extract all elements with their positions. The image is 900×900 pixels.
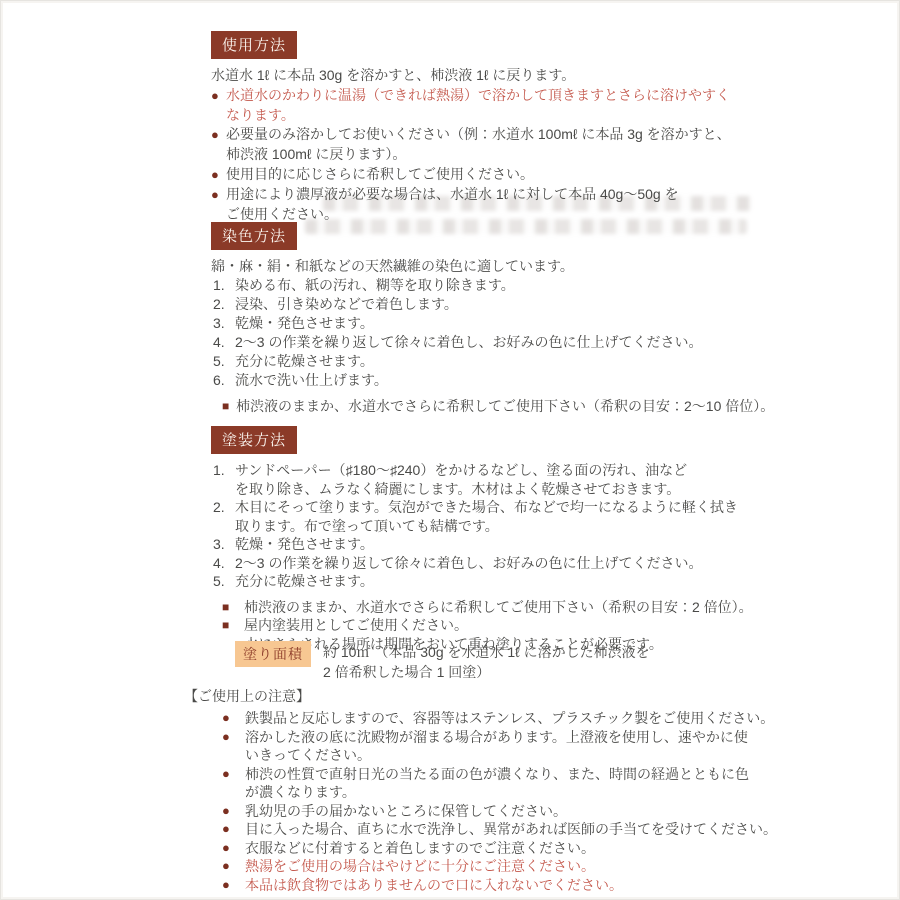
- painting-note: ■ 柿渋液のままか、水道水でさらに希釈してご使用下さい（希釈の目安：2 倍位）。: [222, 598, 881, 617]
- step-number: 4.: [211, 554, 235, 573]
- precaution-text: 熱湯をご使用の場合はやけどに十分にご注意ください。: [245, 857, 595, 876]
- bullet-icon: ●: [222, 839, 245, 858]
- painting-step: 2. 木目にそって塗ります。気泡ができた場合、布などで均一になるように軽く拭き …: [211, 498, 881, 535]
- painting-step-text: 充分に乾燥させます。: [235, 572, 374, 591]
- precaution-text: 乳幼児の手の届かないところに保管してください。: [245, 802, 567, 821]
- dyeing-step: 5. 充分に乾燥させます。: [211, 352, 881, 371]
- painting-step-text: 木目にそって塗ります。気泡ができた場合、布などで均一になるように軽く拭き 取りま…: [235, 498, 738, 535]
- step-number: 4.: [211, 333, 235, 352]
- coverage-badge: 塗り面積: [235, 641, 311, 667]
- painting-note-text: 柿渋液のままか、水道水でさらに希釈してご使用下さい（希釈の目安：2 倍位）。: [244, 598, 753, 617]
- bullet-icon: ●: [222, 857, 245, 876]
- bullet-icon: ●: [222, 876, 245, 895]
- painting-step: 4. 2～3 の作業を繰り返して徐々に着色し、お好みの色に仕上げてください。: [211, 554, 881, 573]
- bullet-icon: ●: [211, 125, 226, 145]
- precaution-text: 本品は飲食物ではありませんので口に入れないでください。: [245, 876, 623, 895]
- precautions-heading: 【ご使用上の注意】: [184, 686, 854, 706]
- bullet-icon: ●: [222, 709, 245, 728]
- square-bullet-icon: ■: [222, 598, 244, 617]
- precaution-item: ● 熱湯をご使用の場合はやけどに十分にご注意ください。: [222, 857, 854, 876]
- precaution-item: ● 衣服などに付着すると着色しますのでご注意ください。: [222, 839, 854, 858]
- dyeing-step-text: 染める布、紙の汚れ、糊等を取り除きます。: [235, 276, 515, 295]
- dyeing-step-text: 流水で洗い仕上げます。: [235, 371, 388, 390]
- section-painting-badge: 塗装方法: [211, 426, 297, 454]
- usage-bullet-text: 必要量のみ溶かしてお使いください（例：水道水 100mℓ に本品 3g を溶かす…: [226, 125, 731, 165]
- bullet-icon: ●: [222, 765, 245, 784]
- step-number: 2.: [211, 498, 235, 517]
- square-bullet-icon: ■: [222, 397, 236, 416]
- precaution-text: 柿渋の性質で直射日光の当たる面の色が濃くなり、また、時間の経過とともに色 が濃く…: [245, 765, 749, 802]
- bullet-icon: ●: [211, 86, 226, 106]
- dyeing-step: 2. 浸染、引き染めなどで着色します。: [211, 295, 881, 314]
- section-painting: 塗装方法 1. サンドペーパー（♯180～♯240）をかけるなどし、塗る面の汚れ…: [211, 426, 881, 653]
- bullet-icon: ●: [222, 728, 245, 747]
- dyeing-intro: 綿・麻・絹・和紙などの天然繊維の染色に適しています。: [211, 257, 881, 276]
- section-precautions: 【ご使用上の注意】 ● 鉄製品と反応しますので、容器等はステンレス、プラスチック…: [184, 686, 854, 894]
- step-number: 1.: [211, 461, 235, 480]
- dyeing-step-text: 浸染、引き染めなどで着色します。: [235, 295, 458, 314]
- precaution-item: ● 目に入った場合、直ちに水で洗浄し、異常があれば医師の手当てを受けてください。: [222, 820, 854, 839]
- usage-bullet-text: 使用目的に応じさらに希釈してご使用ください。: [226, 165, 534, 185]
- square-bullet-icon: ■: [222, 616, 244, 635]
- painting-step: 3. 乾燥・発色させます。: [211, 535, 881, 554]
- step-number: 2.: [211, 295, 235, 314]
- precaution-item: ● 本品は飲食物ではありませんので口に入れないでください。: [222, 876, 854, 895]
- dyeing-step: 6. 流水で洗い仕上げます。: [211, 371, 881, 390]
- precaution-item: ● 鉄製品と反応しますので、容器等はステンレス、プラスチック製をご使用ください。: [222, 709, 854, 728]
- bullet-icon: ●: [222, 802, 245, 821]
- dyeing-step-text: 充分に乾燥させます。: [235, 352, 374, 371]
- precaution-text: 鉄製品と反応しますので、容器等はステンレス、プラスチック製をご使用ください。: [245, 709, 774, 728]
- usage-bullet-item: ● 水道水のかわりに温湯（できれば熱湯）で溶かして頂きますとさらに溶けやすく な…: [211, 86, 881, 126]
- painting-step-text: サンドペーパー（♯180～♯240）をかけるなどし、塗る面の汚れ、油など を取り…: [235, 461, 687, 498]
- usage-bullet-item: ● 使用目的に応じさらに希釈してご使用ください。: [211, 165, 881, 185]
- section-usage: 使用方法 水道水 1ℓ に本品 30g を溶かすと、柿渋液 1ℓ に戻ります。 …: [211, 31, 881, 224]
- step-number: 6.: [211, 371, 235, 390]
- painting-step: 5. 充分に乾燥させます。: [211, 572, 881, 591]
- section-dyeing: 染色方法 綿・麻・絹・和紙などの天然繊維の染色に適しています。 1. 染める布、…: [211, 222, 881, 416]
- bullet-icon: ●: [222, 820, 245, 839]
- step-number: 3.: [211, 314, 235, 333]
- dyeing-note: ■ 柿渋液のままか、水道水でさらに希釈してご使用下さい（希釈の目安：2～10 倍…: [222, 397, 881, 416]
- coverage-text: 約 10㎡ （本品 30g を水道水 1ℓ に溶かした柿渋液を 2 倍希釈した場…: [323, 641, 650, 682]
- precaution-text: 衣服などに付着すると着色しますのでご注意ください。: [245, 839, 595, 858]
- usage-intro: 水道水 1ℓ に本品 30g を溶かすと、柿渋液 1ℓ に戻ります。: [211, 66, 881, 86]
- precaution-text: 目に入った場合、直ちに水で洗浄し、異常があれば医師の手当てを受けてください。: [245, 820, 777, 839]
- step-number: 3.: [211, 535, 235, 554]
- dyeing-step: 3. 乾燥・発色させます。: [211, 314, 881, 333]
- section-coverage: 塗り面積 約 10㎡ （本品 30g を水道水 1ℓ に溶かした柿渋液を 2 倍…: [235, 641, 900, 682]
- dyeing-step: 1. 染める布、紙の汚れ、糊等を取り除きます。: [211, 276, 881, 295]
- instruction-sheet: 使用方法 水道水 1ℓ に本品 30g を溶かすと、柿渋液 1ℓ に戻ります。 …: [0, 0, 900, 900]
- dyeing-step: 4. 2～3 の作業を繰り返して徐々に着色し、お好みの色に仕上げてください。: [211, 333, 881, 352]
- painting-step: 1. サンドペーパー（♯180～♯240）をかけるなどし、塗る面の汚れ、油など …: [211, 461, 881, 498]
- usage-bullet-text: 用途により濃厚液が必要な場合は、水道水 1ℓ に対して本品 40g～50g を …: [226, 185, 679, 225]
- usage-bullet-item: ● 用途により濃厚液が必要な場合は、水道水 1ℓ に対して本品 40g～50g …: [211, 185, 881, 225]
- precaution-item: ● 柿渋の性質で直射日光の当たる面の色が濃くなり、また、時間の経過とともに色 が…: [222, 765, 854, 802]
- bullet-icon: ●: [211, 165, 226, 185]
- usage-bullet-text: 水道水のかわりに温湯（できれば熱湯）で溶かして頂きますとさらに溶けやすく なりま…: [226, 86, 730, 126]
- usage-bullet-item: ● 必要量のみ溶かしてお使いください（例：水道水 100mℓ に本品 3g を溶…: [211, 125, 881, 165]
- section-usage-badge: 使用方法: [211, 31, 297, 59]
- bullet-icon: ●: [211, 185, 226, 205]
- dyeing-note-text: 柿渋液のままか、水道水でさらに希釈してご使用下さい（希釈の目安：2～10 倍位）…: [236, 397, 774, 416]
- precaution-item: ● 溶かした液の底に沈殿物が溜まる場合があります。上澄液を使用し、速やかに使 い…: [222, 728, 854, 765]
- painting-step-text: 乾燥・発色させます。: [235, 535, 374, 554]
- precautions-list: ● 鉄製品と反応しますので、容器等はステンレス、プラスチック製をご使用ください。…: [222, 709, 854, 894]
- step-number: 5.: [211, 572, 235, 591]
- dyeing-step-text: 2～3 の作業を繰り返して徐々に着色し、お好みの色に仕上げてください。: [235, 333, 702, 352]
- precaution-text: 溶かした液の底に沈殿物が溜まる場合があります。上澄液を使用し、速やかに使 いきっ…: [245, 728, 748, 765]
- step-number: 5.: [211, 352, 235, 371]
- painting-step-text: 2～3 の作業を繰り返して徐々に着色し、お好みの色に仕上げてください。: [235, 554, 702, 573]
- dyeing-step-text: 乾燥・発色させます。: [235, 314, 374, 333]
- step-number: 1.: [211, 276, 235, 295]
- section-dyeing-badge: 染色方法: [211, 222, 297, 250]
- precaution-item: ● 乳幼児の手の届かないところに保管してください。: [222, 802, 854, 821]
